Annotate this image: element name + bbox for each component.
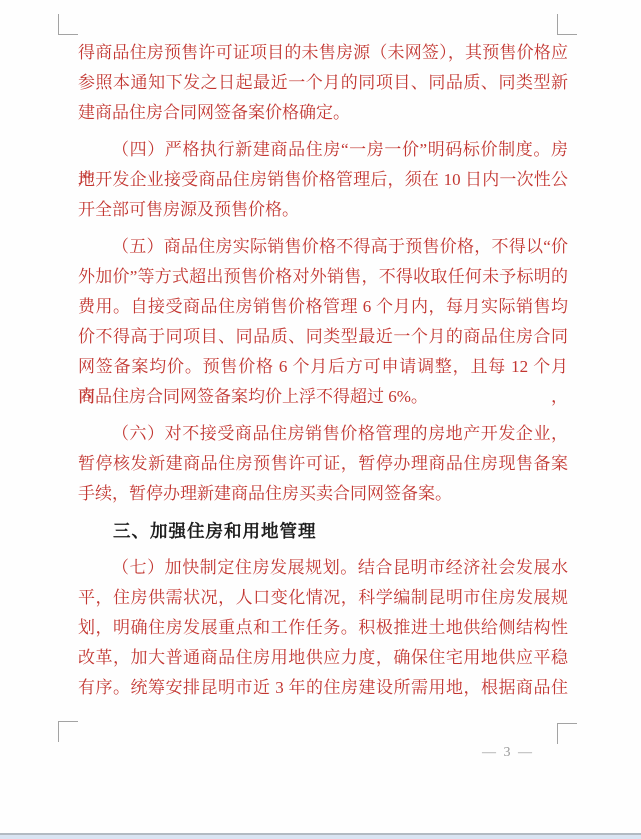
- text-line: 手续，暂停办理新建商品住房买卖合同网签备案。: [78, 479, 568, 509]
- corner-mark-bottom-right-icon: [557, 723, 577, 744]
- text-line: 价不得高于同项目、同品质、同类型最近一个月的商品住房合同: [78, 322, 568, 352]
- text-line: 参照本通知下发之日起最近一个月的同项目、同品质、同类型新: [78, 68, 568, 98]
- text-line: 划，明确住房发展重点和工作任务。积极推进土地供给侧结构性: [78, 613, 568, 643]
- text-line: 得商品住房预售许可证项目的未售房源（未网签），其预售价格应: [78, 38, 568, 68]
- text-line: （五）商品住房实际销售价格不得高于预售价格，不得以“价: [78, 232, 568, 262]
- text-line: 外加价”等方式超出预售价格对外销售，不得收取任何未予标明的: [78, 262, 568, 292]
- text-line: （四）严格执行新建商品住房“一房一价”明码标价制度。房地: [78, 135, 568, 165]
- text-line: 暂停核发新建商品住房预售许可证，暂停办理商品住房现售备案: [78, 449, 568, 479]
- viewer-bottom-bar: [0, 833, 641, 839]
- text-line: 费用。自接受商品住房销售价格管理 6 个月内，每月实际销售均: [78, 292, 568, 322]
- corner-mark-bottom-left-icon: [58, 721, 78, 742]
- page-number: — 3 —: [468, 745, 548, 761]
- paragraph: （六）对不接受商品住房销售价格管理的房地产开发企业，暂停核发新建商品住房预售许可…: [78, 419, 568, 509]
- text-line: （七）加快制定住房发展规划。结合昆明市经济社会发展水: [78, 553, 568, 583]
- document-page: 得商品住房预售许可证项目的未售房源（未网签），其预售价格应参照本通知下发之日起最…: [0, 0, 641, 839]
- text-line: 平，住房供需状况，人口变化情况，科学编制昆明市住房发展规: [78, 583, 568, 613]
- text-line: 开全部可售房源及预售价格。: [78, 195, 568, 225]
- paragraph: （五）商品住房实际销售价格不得高于预售价格，不得以“价外加价”等方式超出预售价格…: [78, 232, 568, 412]
- paragraph: 得商品住房预售许可证项目的未售房源（未网签），其预售价格应参照本通知下发之日起最…: [78, 38, 568, 128]
- text-line: 有序。统筹安排昆明市近 3 年的住房建设所需用地，根据商品住: [78, 673, 568, 703]
- document-body: 得商品住房预售许可证项目的未售房源（未网签），其预售价格应参照本通知下发之日起最…: [78, 38, 568, 710]
- corner-mark-top-right-icon: [557, 14, 577, 35]
- text-line: 产开发企业接受商品住房销售价格管理后，须在 10 日内一次性公: [78, 165, 568, 195]
- paragraph: （四）严格执行新建商品住房“一房一价”明码标价制度。房地产开发企业接受商品住房销…: [78, 135, 568, 225]
- paragraph: （七）加快制定住房发展规划。结合昆明市经济社会发展水平，住房供需状况，人口变化情…: [78, 553, 568, 703]
- text-line: 改革，加大普通商品住房用地供应力度，确保住宅用地供应平稳: [78, 643, 568, 673]
- text-line: 网签备案均价。预售价格 6 个月后方可申请调整，且每 12 个月内，: [78, 352, 568, 382]
- corner-mark-top-left-icon: [58, 14, 78, 35]
- text-line: （六）对不接受商品住房销售价格管理的房地产开发企业，: [78, 419, 568, 449]
- text-line: 建商品住房合同网签备案价格确定。: [78, 98, 568, 128]
- section-heading: 三、加强住房和用地管理: [78, 516, 568, 546]
